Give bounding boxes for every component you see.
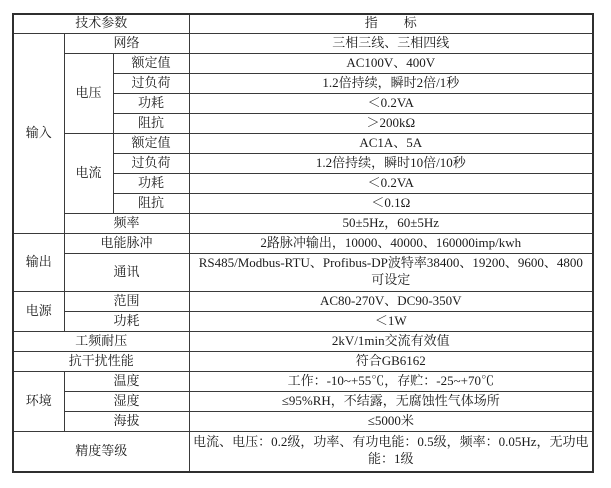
- header-param-cell: 技术参数: [13, 14, 189, 33]
- row-humidity-value: ≤95%RH，不结露，无腐蚀性气体场所: [189, 391, 593, 411]
- group-input-cell: 输入: [13, 33, 64, 233]
- row-voltage-overload-value: 1.2倍持续，瞬时2倍/1秒: [189, 73, 593, 93]
- row-withstand-label: 工频耐压: [13, 331, 189, 351]
- row-voltage-consumption-value: ＜0.2VA: [189, 93, 593, 113]
- row-altitude-label: 海拔: [64, 411, 189, 431]
- row-power-consumption-label: 功耗: [64, 311, 189, 331]
- row-voltage-overload-label: 过负荷: [113, 73, 189, 93]
- group-output-cell: 输出: [13, 233, 64, 291]
- group-voltage-cell: 电压: [64, 53, 113, 133]
- row-network-label: 网络: [64, 33, 189, 53]
- row-pulse-label: 电能脉冲: [64, 233, 189, 253]
- spec-table: 技术参数 指 标 输入 网络 三相三线、三相四线 电压 额定值 AC100V、4…: [12, 13, 594, 473]
- row-immunity-value: 符合GB6162: [189, 351, 593, 371]
- row-current-rated-label: 额定值: [113, 133, 189, 153]
- row-voltage-impedance-value: ＞200kΩ: [189, 113, 593, 133]
- row-frequency-label: 频率: [64, 213, 189, 233]
- row-current-impedance-label: 阻抗: [113, 193, 189, 213]
- row-temperature-label: 温度: [64, 371, 189, 391]
- group-current-cell: 电流: [64, 133, 113, 213]
- row-accuracy-value: 电流、电压：0.2级，功率、有功电能：0.5级，频率：0.05Hz，无功电能：1…: [189, 431, 593, 472]
- row-current-overload-label: 过负荷: [113, 153, 189, 173]
- row-power-consumption-value: ＜1W: [189, 311, 593, 331]
- spec-sheet-page: 技术参数 指 标 输入 网络 三相三线、三相四线 电压 额定值 AC100V、4…: [0, 0, 611, 488]
- row-pulse-value: 2路脉冲输出，10000、40000、160000imp/kwh: [189, 233, 593, 253]
- row-current-consumption-label: 功耗: [113, 173, 189, 193]
- row-current-impedance-value: ＜0.1Ω: [189, 193, 593, 213]
- row-altitude-value: ≤5000米: [189, 411, 593, 431]
- row-current-rated-value: AC1A、5A: [189, 133, 593, 153]
- row-comm-label: 通讯: [64, 253, 189, 291]
- row-power-range-value: AC80-270V、DC90-350V: [189, 291, 593, 311]
- row-voltage-consumption-label: 功耗: [113, 93, 189, 113]
- row-immunity-label: 抗干扰性能: [13, 351, 189, 371]
- row-power-range-label: 范围: [64, 291, 189, 311]
- row-comm-value: RS485/Modbus-RTU、Profibus-DP波特率38400、192…: [189, 253, 593, 291]
- row-current-consumption-value: ＜0.2VA: [189, 173, 593, 193]
- row-network-value: 三相三线、三相四线: [189, 33, 593, 53]
- row-accuracy-label: 精度等级: [13, 431, 189, 472]
- row-current-overload-value: 1.2倍持续，瞬时10倍/10秒: [189, 153, 593, 173]
- group-power-cell: 电源: [13, 291, 64, 331]
- row-temperature-value: 工作：-10~+55℃，存贮：-25~+70℃: [189, 371, 593, 391]
- row-withstand-value: 2kV/1min交流有效值: [189, 331, 593, 351]
- row-voltage-rated-value: AC100V、400V: [189, 53, 593, 73]
- row-voltage-impedance-label: 阻抗: [113, 113, 189, 133]
- row-frequency-value: 50±5Hz，60±5Hz: [189, 213, 593, 233]
- row-humidity-label: 湿度: [64, 391, 189, 411]
- header-index-cell: 指 标: [189, 14, 593, 33]
- row-voltage-rated-label: 额定值: [113, 53, 189, 73]
- group-environment-cell: 环境: [13, 371, 64, 431]
